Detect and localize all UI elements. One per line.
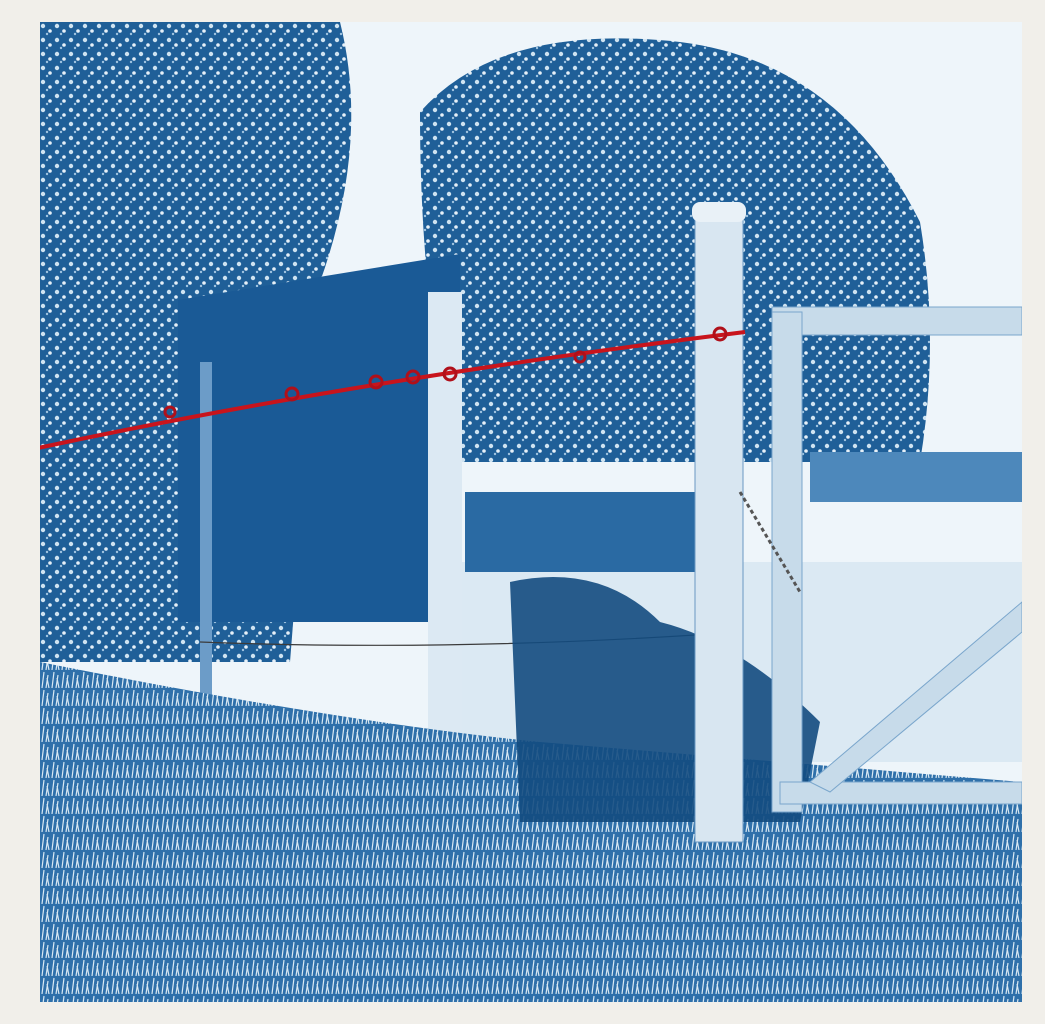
- wall: [810, 452, 1022, 502]
- fence-post-cap: [692, 202, 746, 222]
- sign-board: [178, 254, 460, 622]
- vehicles: [465, 492, 695, 572]
- cyanotype-photo: [40, 22, 1022, 1002]
- sign-post-right: [428, 292, 462, 762]
- fence-post: [695, 212, 743, 842]
- sign-post-left: [200, 362, 212, 742]
